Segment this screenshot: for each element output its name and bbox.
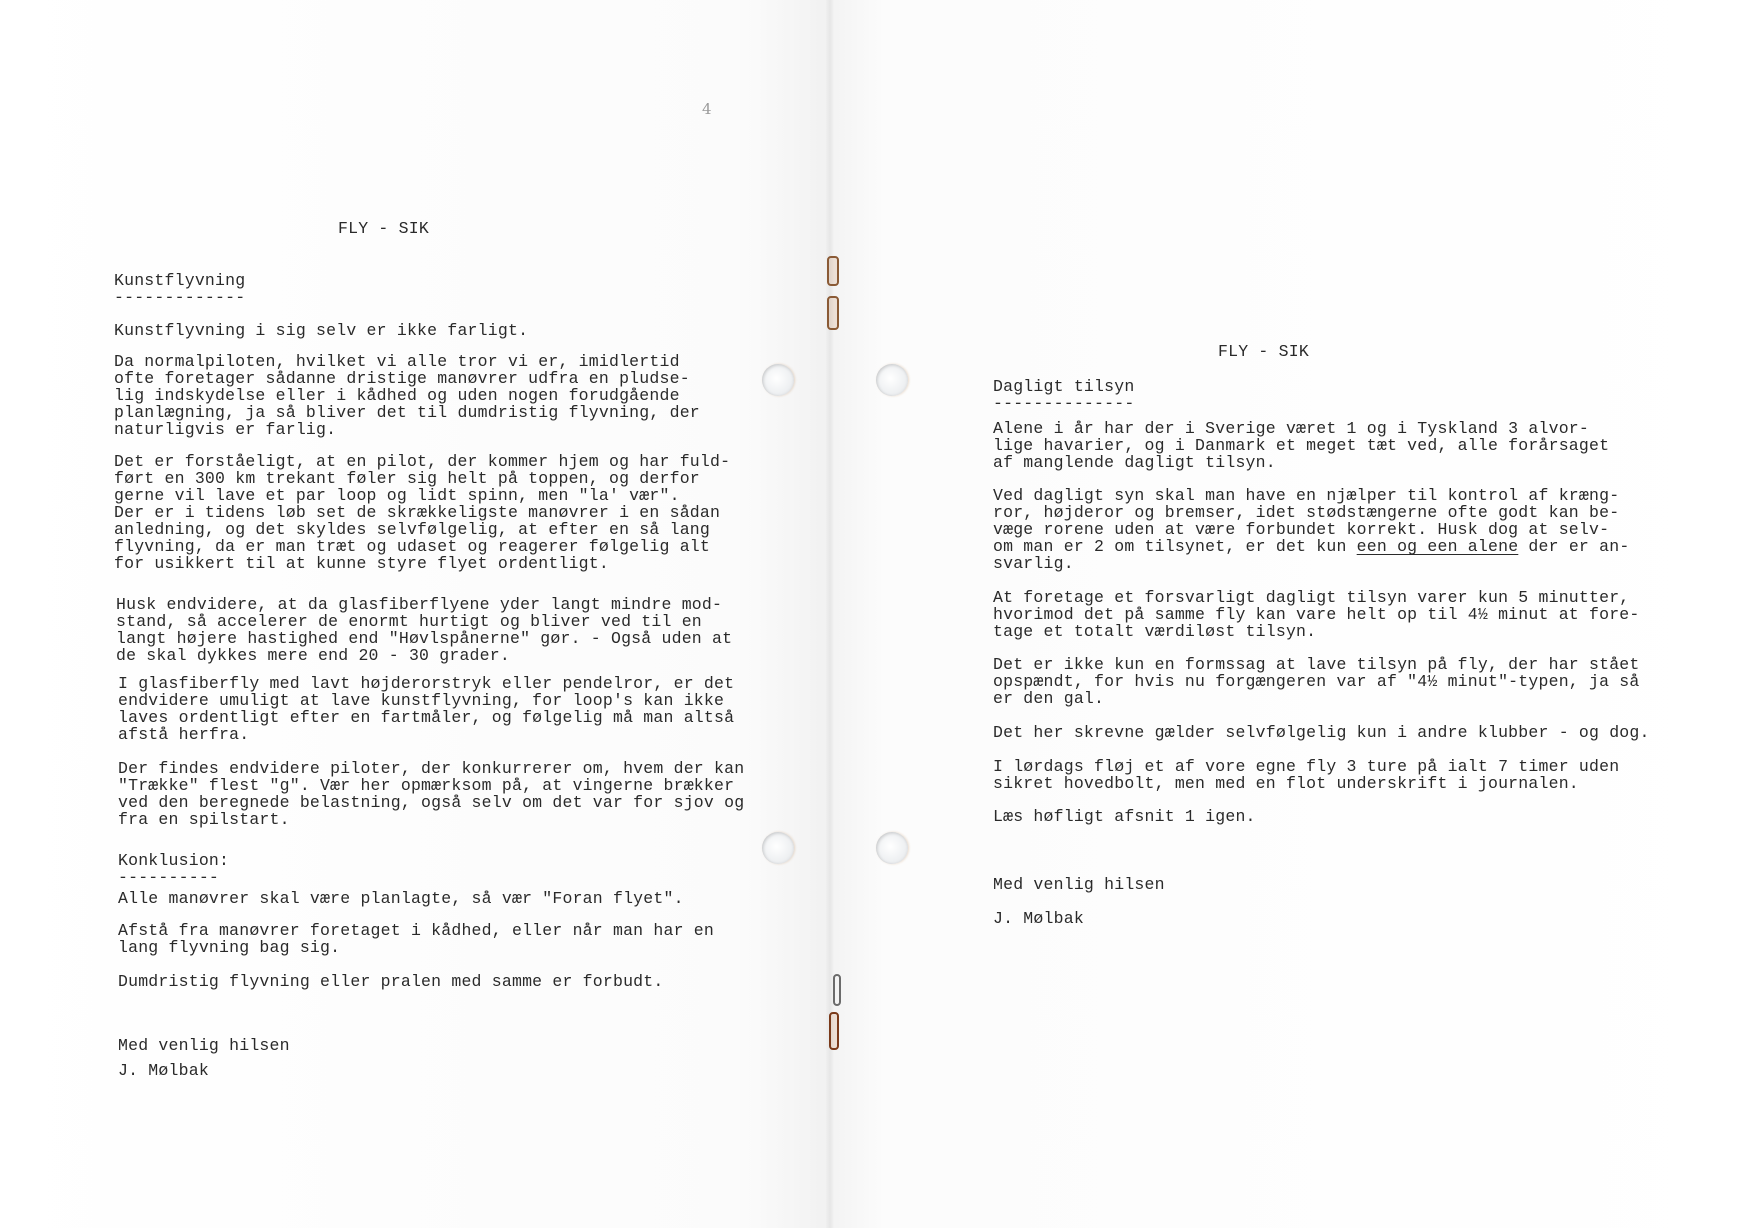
- right-signature: J. Mølbak: [993, 910, 1084, 927]
- staple-bottom-upper: [833, 974, 841, 1006]
- left-conclusion-title: Konklusion:: [118, 852, 229, 869]
- right-header: FLY - SIK: [1218, 343, 1309, 360]
- left-section-rule: -------------: [114, 289, 245, 306]
- left-signature: J. Mølbak: [118, 1062, 209, 1079]
- left-paragraph-2: Da normalpiloten, hvilket vi alle tror v…: [114, 353, 700, 438]
- right-section-rule: --------------: [993, 395, 1134, 412]
- right-paragraph-3: At foretage et forsvarligt dagligt tilsy…: [993, 589, 1640, 640]
- punch-hole-left-top: [762, 364, 794, 396]
- left-conclusion-1: Alle manøvrer skal være planlagte, så væ…: [118, 890, 684, 907]
- left-conclusion-3: Dumdristig flyvning eller pralen med sam…: [118, 973, 664, 990]
- right-paragraph-6: I lørdags fløj et af vore egne fly 3 tur…: [993, 758, 1619, 792]
- right-closing: Med venlig hilsen: [993, 876, 1165, 893]
- left-conclusion-2: Afstå fra manøvrer foretaget i kådhed, e…: [118, 922, 714, 956]
- right-section-title: Dagligt tilsyn: [993, 378, 1134, 395]
- left-paragraph-6: Der findes endvidere piloter, der konkur…: [118, 760, 744, 828]
- staple-bottom-lower: [829, 1012, 839, 1050]
- left-paragraph-5: I glasfiberfly med lavt højderorstryk el…: [118, 675, 734, 743]
- left-conclusion-rule: ----------: [118, 869, 219, 886]
- right-paragraph-4: Det er ikke kun en formssag at lave tils…: [993, 656, 1640, 707]
- left-closing: Med venlig hilsen: [118, 1037, 290, 1054]
- staple-top-lower: [827, 296, 839, 330]
- right-paragraph-7: Læs høfligt afsnit 1 igen.: [993, 808, 1256, 825]
- right-paragraph-2: Ved dagligt syn skal man have en njælper…: [993, 487, 1629, 572]
- left-header: FLY - SIK: [338, 220, 429, 237]
- punch-hole-right-top: [876, 364, 908, 396]
- right-paragraph-5: Det her skrevne gælder selvfølgelig kun …: [993, 724, 1650, 741]
- punch-hole-left-bottom: [762, 832, 794, 864]
- left-paragraph-4: Husk endvidere, at da glasfiberflyene yd…: [116, 596, 732, 664]
- left-section-title: Kunstflyvning: [114, 272, 245, 289]
- page-number: 4: [702, 100, 712, 118]
- staple-top-upper: [827, 256, 839, 286]
- punch-hole-right-bottom: [876, 832, 908, 864]
- left-paragraph-3: Det er forståeligt, at en pilot, der kom…: [114, 453, 730, 572]
- left-paragraph-1: Kunstflyvning i sig selv er ikke farligt…: [114, 322, 528, 339]
- right-paragraph-1: Alene i år har der i Sverige været 1 og …: [993, 420, 1609, 471]
- underlined-emphasis: een og een alene: [1357, 537, 1519, 556]
